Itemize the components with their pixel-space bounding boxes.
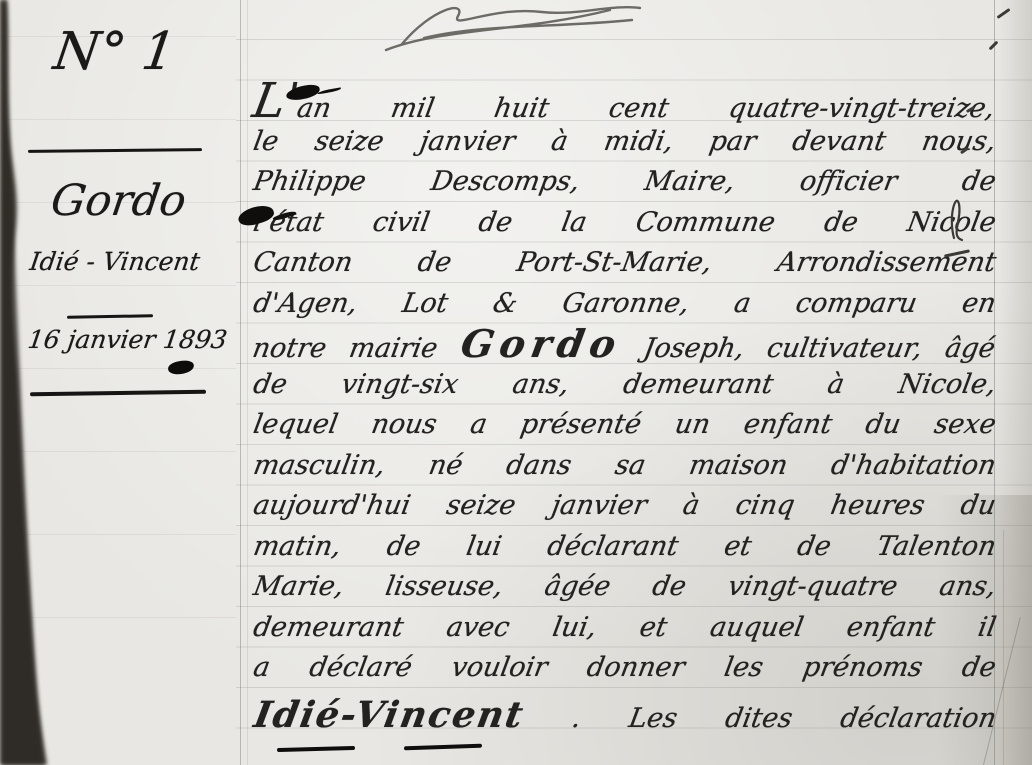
body-line: aujourd'hui seize janvier à cinq heures …: [250, 486, 999, 527]
body-line: d'Agen, Lot & Garonne, a comparu en: [250, 284, 999, 325]
page-binding-edge-shadow: [0, 0, 60, 765]
act-number: N° 1: [50, 22, 180, 82]
body-line: masculin, né dans sa maison d'habitation: [250, 446, 999, 487]
body-line-child-name: Idié-Vincent . Les dites déclaration: [250, 689, 1001, 741]
body-line-suffix: Joseph, cultivateur, âgé: [641, 333, 997, 364]
body-line: le seize janvier à midi, par devant nous…: [250, 122, 999, 163]
body-line-father: notre mairie Gordo Joseph, cultivateur, …: [250, 324, 999, 365]
father-surname-emphasis: Gordo: [458, 321, 626, 366]
body-line: L'an mil huit cent quatre-vingt-treize,: [250, 81, 999, 122]
margin-surname: Gordo: [48, 176, 189, 226]
body-line: l'état civil de la Commune de Nicole: [250, 203, 999, 244]
body-line: demeurant avec lui, et auquel enfant il: [250, 608, 999, 649]
body-line-prefix: notre mairie: [250, 333, 440, 364]
body-line-suffix: . Les dites déclaration: [569, 703, 998, 734]
body-line: lequel nous a présenté un enfant du sexe: [250, 405, 999, 446]
signature-scribble-cutoff: [372, 0, 692, 56]
body-line: de vingt-six ans, demeurant à Nicole,: [250, 365, 999, 406]
body-line: Canton de Port-St-Marie, Arrondissement: [250, 243, 999, 284]
body-line: Philippe Descomps, Maire, officier de: [250, 162, 999, 203]
margin-separator-line: [240, 0, 241, 765]
act-body-text: L'an mil huit cent quatre-vingt-treize, …: [250, 81, 992, 741]
body-line: a déclaré vouloir donner les prénoms de: [250, 648, 999, 689]
child-given-names-emphasis: Idié-Vincent: [251, 694, 528, 736]
body-line: Marie, lisseuse, âgée de vingt-quatre an…: [250, 567, 999, 608]
ink-stroke-bleedthrough: [946, 190, 966, 242]
margin-date: 16 janvier 1893: [26, 325, 229, 354]
margin-given-names: Idié - Vincent: [28, 247, 202, 276]
body-line: matin, de lui déclarant et de Talenton: [250, 527, 999, 568]
register-page-scan: N° 1 Gordo Idié - Vincent 16 janvier 189…: [0, 0, 1032, 765]
margin-separator-line-2: [247, 0, 248, 765]
